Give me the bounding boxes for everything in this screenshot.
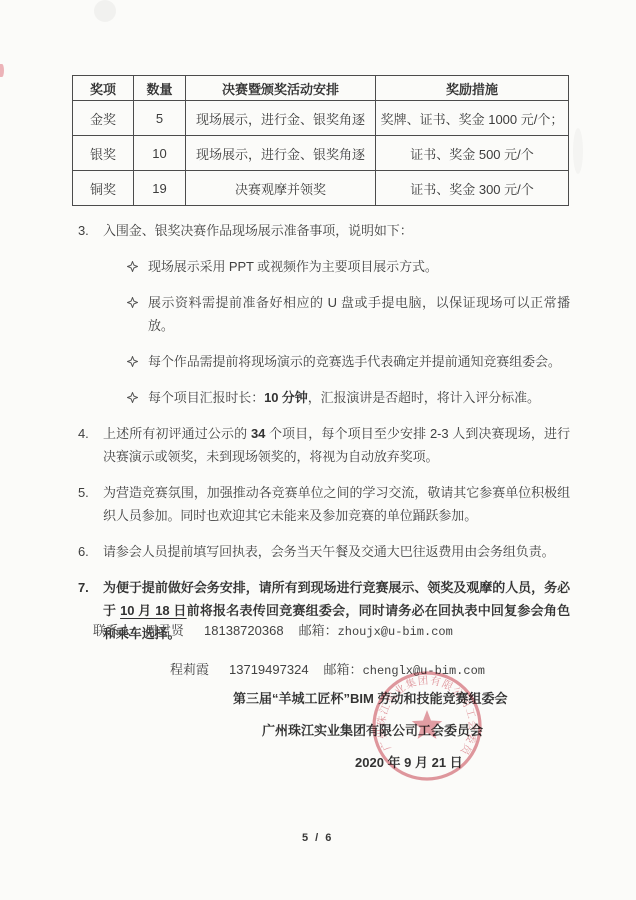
table-row: 铜奖 19 决赛观摩并领奖 证书、奖金 300 元/个 — [73, 171, 569, 206]
list-number: 6. — [78, 540, 103, 563]
diamond-bullet-icon — [127, 386, 140, 409]
email-label: 邮箱： — [324, 662, 363, 677]
contact-phone: 18138720368 — [204, 623, 284, 638]
bullet-text-post: ，汇报演讲是否超时，将计入评分标准。 — [308, 390, 540, 405]
bullet-text: 每个项目汇报时长：10 分钟，汇报演讲是否超时，将计入评分标准。 — [148, 386, 570, 409]
contact-line-1: 联系人：周君贤18138720368邮箱：zhoujx@u-bim.com — [93, 619, 485, 644]
list-item-6: 6. 请参会人员提前填写回执表，会务当天午餐及交通大巴往返费用由会务组负责。 — [78, 540, 570, 563]
stamp-arc-text: 广州珠江实业集团有限公司工会委员会 — [370, 669, 479, 758]
list-item-5: 5. 为营造竞赛氛围，加强推动各竞赛单位之间的学习交流，敬请其它参赛单位积极组织… — [78, 481, 570, 527]
table-cell: 证书、奖金 500 元/个 — [376, 136, 569, 171]
table-cell: 金奖 — [73, 101, 134, 136]
table-cell: 奖牌、证书、奖金 1000 元/个； — [376, 101, 569, 136]
table-cell: 证书、奖金 300 元/个 — [376, 171, 569, 206]
contact-phone: 13719497324 — [229, 662, 309, 677]
bullet-item-2: 展示资料需提前准备好相应的 U 盘或手提电脑，以保证现场可以正常播放。 — [78, 291, 570, 337]
contact-name: 周君贤 — [145, 623, 184, 638]
table-cell: 银奖 — [73, 136, 134, 171]
table-cell: 铜奖 — [73, 171, 134, 206]
table-cell: 10 — [134, 136, 186, 171]
table-header-quantity: 数量 — [134, 76, 186, 101]
award-table: 奖项 数量 决赛暨颁奖活动安排 奖励措施 金奖 5 现场展示，进行金、银奖角逐 … — [72, 75, 569, 206]
diamond-bullet-icon — [127, 350, 140, 373]
list-item-3: 3. 入围金、银奖决赛作品现场展示准备事项，说明如下： — [78, 219, 570, 242]
table-header-row: 奖项 数量 决赛暨颁奖活动安排 奖励措施 — [73, 76, 569, 101]
table-header-reward: 奖励措施 — [376, 76, 569, 101]
bullet-text: 每个作品需提前将现场演示的竞赛选手代表确定并提前通知竞赛组委会。 — [148, 350, 570, 373]
bullet-text-bold: 10 分钟 — [264, 390, 308, 405]
contact-email: zhoujx@u-bim.com — [338, 625, 453, 639]
table-row: 银奖 10 现场展示，进行金、银奖角逐 证书、奖金 500 元/个 — [73, 136, 569, 171]
list-number: 5. — [78, 481, 103, 527]
list-number: 4. — [78, 422, 103, 468]
list-item-4: 4. 上述所有初评通过公示的 34 个项目，每个项目至少安排 2-3 人到决赛现… — [78, 422, 570, 468]
bullet-text: 展示资料需提前准备好相应的 U 盘或手提电脑，以保证现场可以正常播放。 — [148, 291, 570, 337]
contact-name: 程莉霞 — [170, 662, 209, 677]
scan-smudge — [573, 128, 583, 174]
list-number: 3. — [78, 219, 103, 242]
table-cell: 5 — [134, 101, 186, 136]
email-label: 邮箱： — [299, 623, 338, 638]
item7-underlined-date: 10 月 18 日 — [120, 603, 187, 618]
table-row: 金奖 5 现场展示，进行金、银奖角逐 奖牌、证书、奖金 1000 元/个； — [73, 101, 569, 136]
list-item-text: 为营造竞赛氛围，加强推动各竞赛单位之间的学习交流，敬请其它参赛单位积极组织人员参… — [103, 481, 570, 527]
official-seal: 广州珠江实业集团有限公司工会委员会 — [370, 669, 484, 783]
table-cell: 19 — [134, 171, 186, 206]
bullet-item-4: 每个项目汇报时长：10 分钟，汇报演讲是否超时，将计入评分标准。 — [78, 386, 570, 409]
scanned-document-page: 奖项 数量 决赛暨颁奖活动安排 奖励措施 金奖 5 现场展示，进行金、银奖角逐 … — [0, 0, 636, 900]
list-item-text: 请参会人员提前填写回执表，会务当天午餐及交通大巴往返费用由会务组负责。 — [103, 540, 570, 563]
contact-label: 联系人： — [93, 623, 145, 638]
document-body: 3. 入围金、银奖决赛作品现场展示准备事项，说明如下： 现场展示采用 PPT 或… — [78, 219, 570, 658]
table-header-final-arrangement: 决赛暨颁奖活动安排 — [186, 76, 376, 101]
item4-pre: 上述所有初评通过公示的 — [103, 426, 251, 441]
bullet-item-1: 现场展示采用 PPT 或视频作为主要项目展示方式。 — [78, 255, 570, 278]
list-item-text: 入围金、银奖决赛作品现场展示准备事项，说明如下： — [103, 219, 570, 242]
diamond-bullet-icon — [127, 255, 140, 278]
list-item-text: 上述所有初评通过公示的 34 个项目，每个项目至少安排 2-3 人到决赛现场，进… — [103, 422, 570, 468]
table-header-award: 奖项 — [73, 76, 134, 101]
table-cell: 决赛观摩并领奖 — [186, 171, 376, 206]
diamond-bullet-icon — [127, 291, 140, 314]
item4-bold: 34 — [251, 426, 265, 441]
table-cell: 现场展示，进行金、银奖角逐 — [186, 101, 376, 136]
svg-text:广州珠江实业集团有限公司工会委员会: 广州珠江实业集团有限公司工会委员会 — [370, 669, 479, 758]
scan-smudge — [94, 0, 116, 22]
star-icon — [412, 710, 442, 739]
bullet-text: 现场展示采用 PPT 或视频作为主要项目展示方式。 — [148, 255, 570, 278]
bullet-item-3: 每个作品需提前将现场演示的竞赛选手代表确定并提前通知竞赛组委会。 — [78, 350, 570, 373]
bullet-text-pre: 每个项目汇报时长： — [148, 390, 264, 405]
table-cell: 现场展示，进行金、银奖角逐 — [186, 136, 376, 171]
page-number: 5 / 6 — [302, 832, 333, 844]
red-scan-speck — [0, 64, 4, 77]
